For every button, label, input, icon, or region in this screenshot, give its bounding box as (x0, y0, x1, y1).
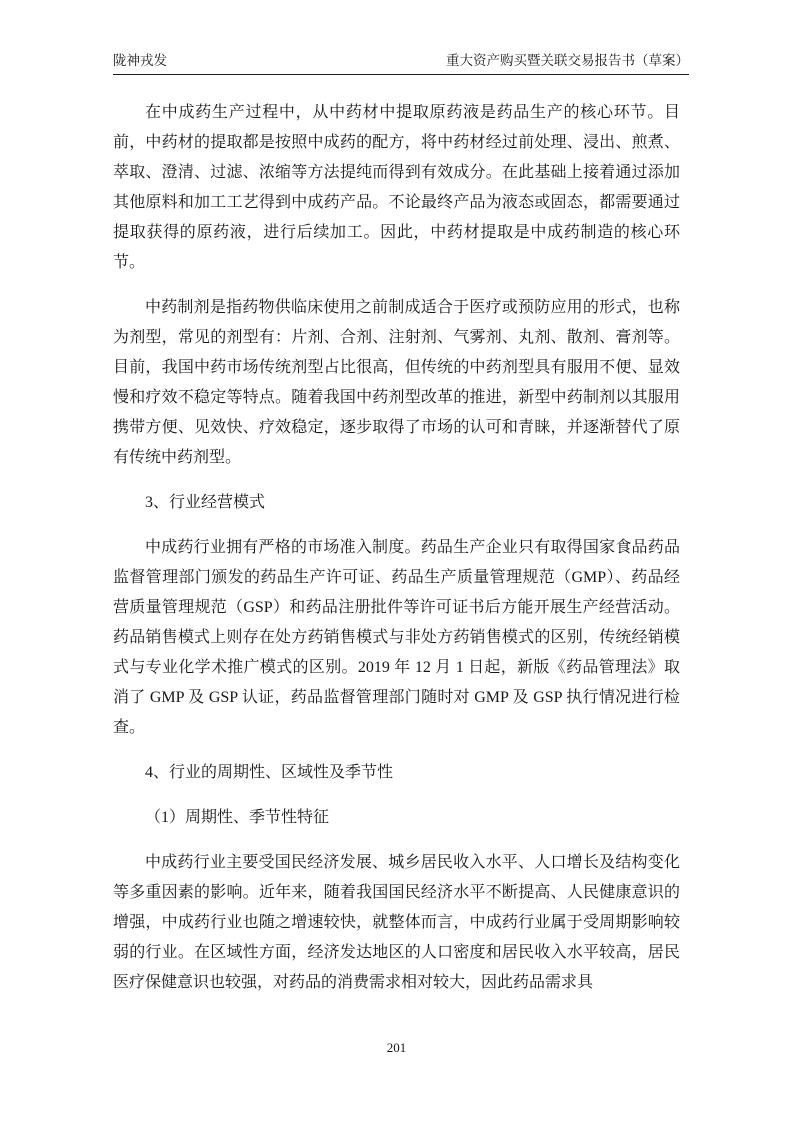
document-page: 陇神戎发 重大资产购买暨关联交易报告书（草案） 在中成药生产过程中，从中药材中提… (0, 0, 793, 1122)
header-company-short-name: 陇神戎发 (113, 52, 167, 70)
page-header: 陇神戎发 重大资产购买暨关联交易报告书（草案） (113, 52, 689, 75)
paragraph-market-access: 中成药行业拥有严格的市场准入制度。药品生产企业只有取得国家食品药品监督管理部门颁… (113, 533, 680, 743)
header-report-title: 重大资产购买暨关联交易报告书（草案） (446, 52, 689, 70)
section-heading-business-model: 3、行业经营模式 (113, 488, 680, 518)
section-heading-cyclicality: 4、行业的周期性、区域性及季节性 (113, 758, 680, 788)
page-footer: 201 (0, 1040, 793, 1056)
paragraph-preparation-forms: 中药制剂是指药物供临床使用之前制成适合于医疗或预防应用的形式，也称为剂型，常见的… (113, 293, 680, 473)
paragraph-extraction-process: 在中成药生产过程中，从中药材中提取原药液是药品生产的核心环节。目前，中药材的提取… (113, 98, 680, 278)
document-body: 在中成药生产过程中，从中药材中提取原药液是药品生产的核心环节。目前，中药材的提取… (113, 98, 680, 998)
subsection-heading-periodic-seasonal: （1）周期性、季节性特征 (113, 803, 680, 833)
page-number: 201 (387, 1040, 407, 1055)
paragraph-industry-factors: 中成药行业主要受国民经济发展、城乡居民收入水平、人口增长及结构变化等多重因素的影… (113, 848, 680, 998)
